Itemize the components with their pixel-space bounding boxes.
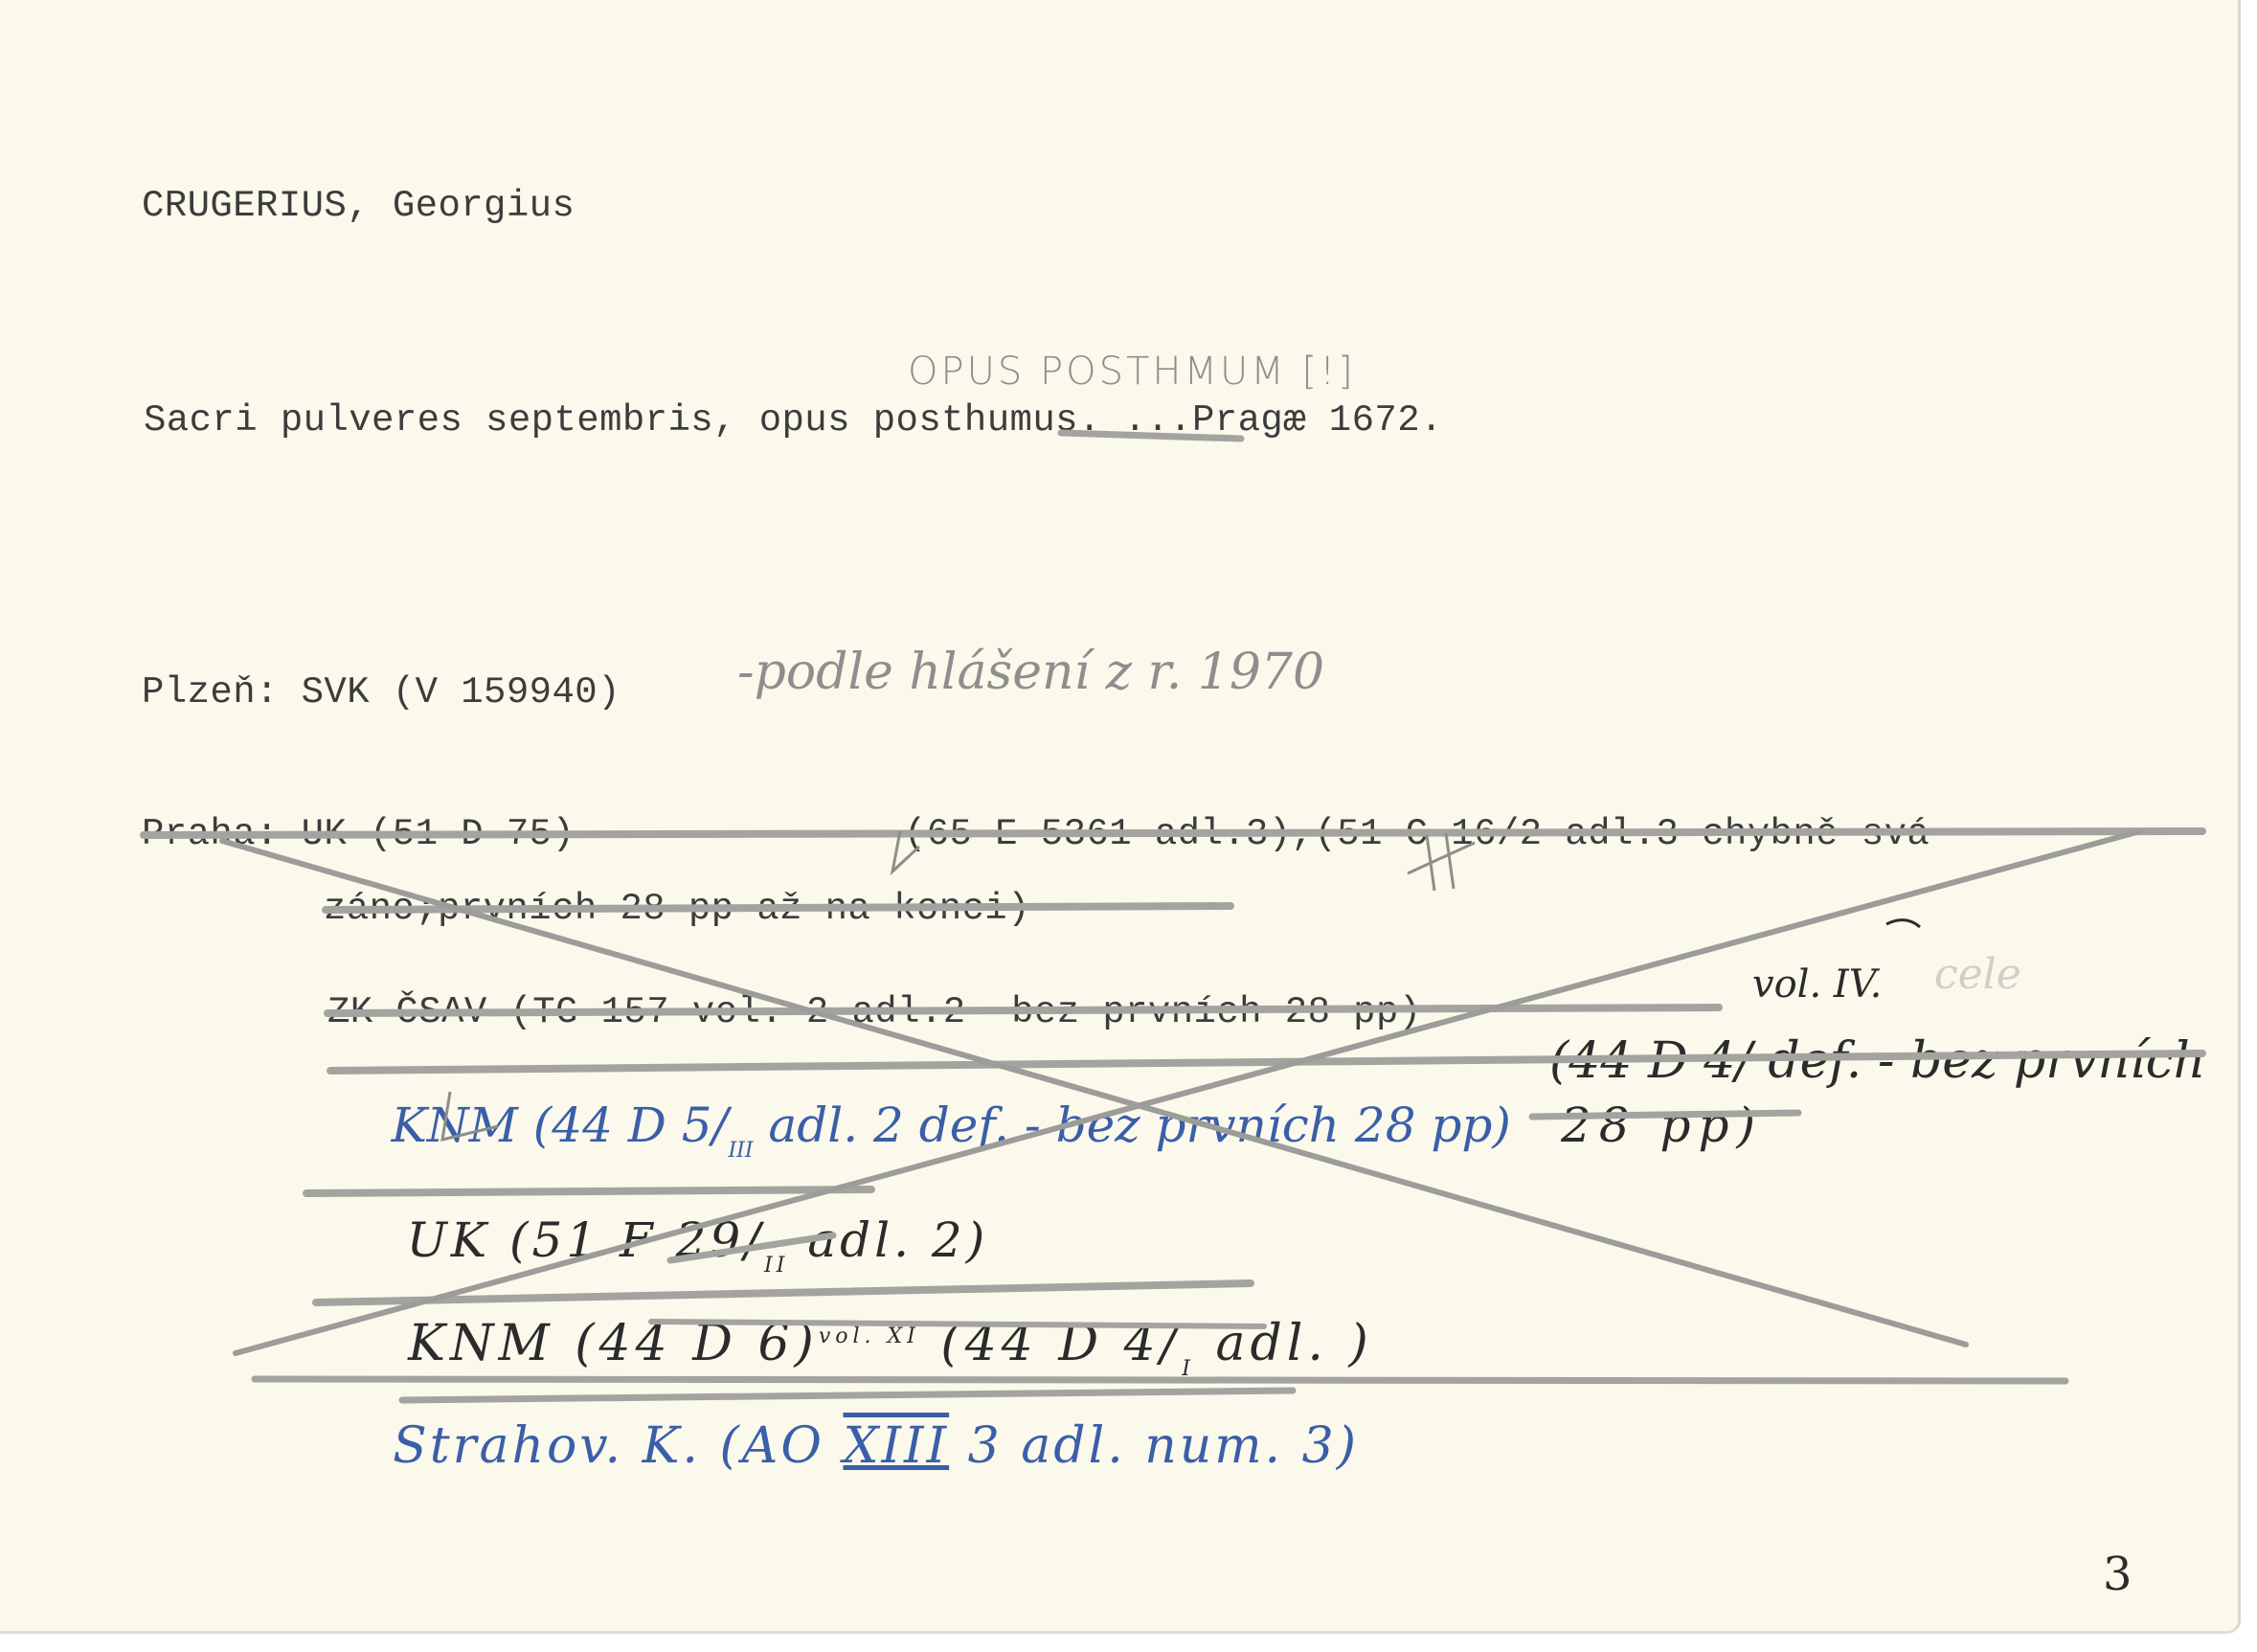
strike-praha-line1 xyxy=(144,831,2202,835)
strike-uk xyxy=(306,1189,871,1193)
strike-uk-small xyxy=(670,1235,833,1260)
strike-strahov-2 xyxy=(402,1391,1293,1400)
strike-knm-black-2 xyxy=(651,1322,1264,1326)
strike-strahov-1 xyxy=(255,1379,2065,1381)
cross-line-down xyxy=(222,841,1966,1345)
strike-knm-cont xyxy=(1532,1113,1798,1117)
ink-arc-mark xyxy=(1886,920,1920,927)
strike-posthumus xyxy=(1061,433,1241,439)
strike-zk-csav xyxy=(327,1007,1719,1013)
pencil-strikes xyxy=(0,0,2257,1652)
pencil-bracket-mark xyxy=(442,1092,498,1140)
pencil-hash-mark xyxy=(1408,833,1475,891)
catalog-card: CRUGERIUS, Georgius OPUS POSTHMUM [!] Sa… xyxy=(0,0,2241,1634)
